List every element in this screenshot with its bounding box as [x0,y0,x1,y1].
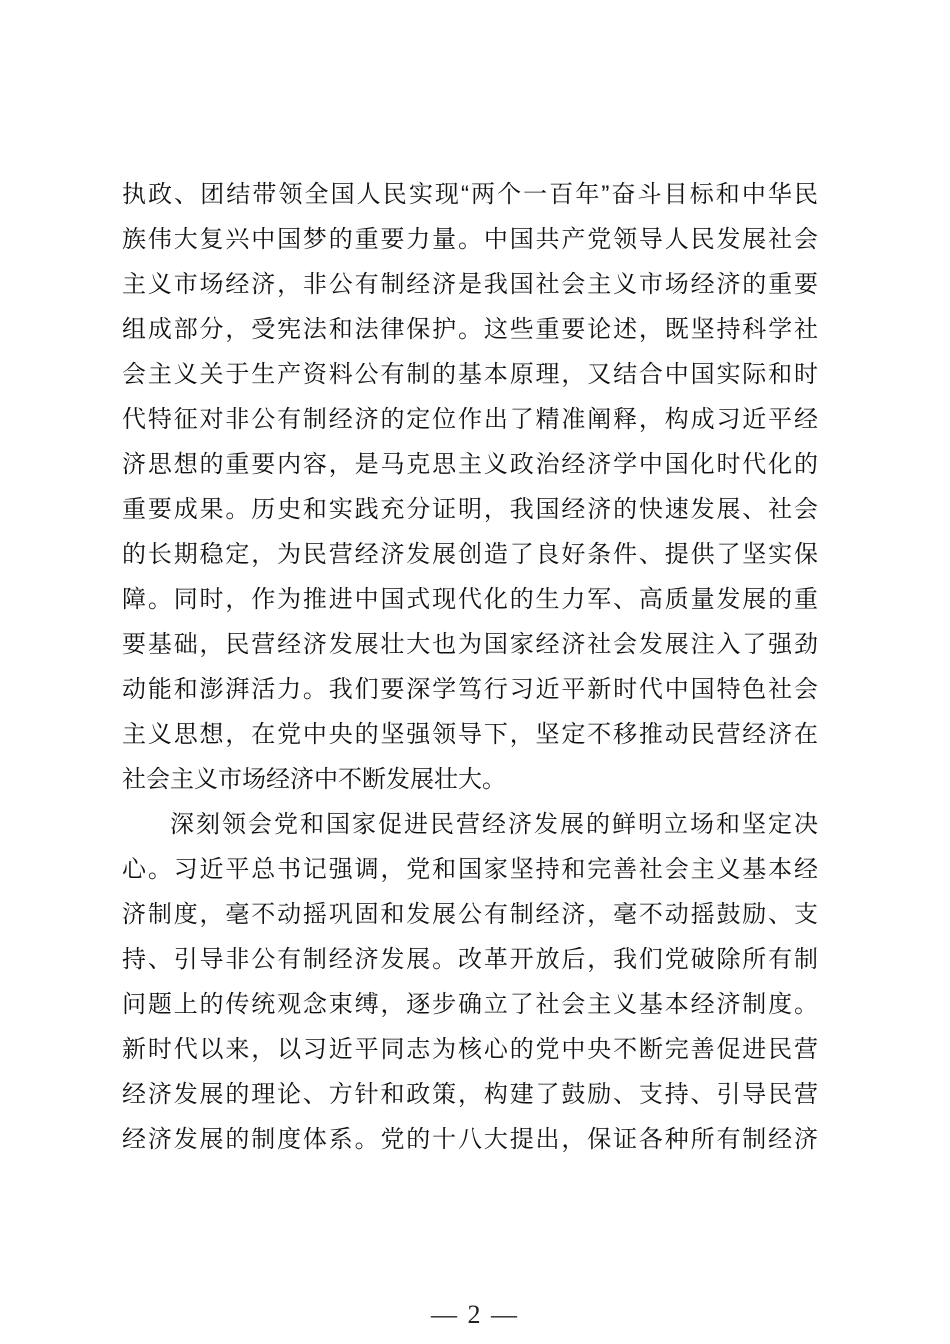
page-number: — 2 — [0,1300,950,1330]
text-line: 会主义关于生产资料公有制的基本原理，又结合中国实际和时 [122,352,818,397]
text-line: 新时代以来，以习近平同志为核心的党中央不断完善促进民营 [122,1027,818,1072]
text-line: 经济发展的理论、方针和政策，构建了鼓励、支持、引导民营 [122,1072,818,1117]
text-line: 问题上的传统观念束缚，逐步确立了社会主义基本经济制度。 [122,982,818,1027]
text-line: 组成部分，受宪法和法律保护。这些重要论述，既坚持科学社 [122,307,818,352]
text-line: 主义市场经济，非公有制经济是我国社会主义市场经济的重要 [122,262,818,307]
text-line: 代特征对非公有制经济的定位作出了精准阐释，构成习近平经 [122,397,818,442]
text-line: 济思想的重要内容，是马克思主义政治经济学中国化时代化的 [122,442,818,487]
text-line: 主义思想，在党中央的坚强领导下，坚定不移推动民营经济在 [122,712,818,757]
text-line: 动能和澎湃活力。我们要深学笃行习近平新时代中国特色社会 [122,667,818,712]
text-line: 族伟大复兴中国梦的重要力量。中国共产党领导人民发展社会 [122,217,818,262]
document-page: 执政、团结带领全国人民实现“两个一百年”奋斗目标和中华民族伟大复兴中国梦的重要力… [0,0,950,1344]
paragraph: 执政、团结带领全国人民实现“两个一百年”奋斗目标和中华民族伟大复兴中国梦的重要力… [122,172,818,802]
paragraph: 深刻领会党和国家促进民营经济发展的鲜明立场和坚定决心。习近平总书记强调，党和国家… [122,802,818,1162]
text-line: 的长期稳定，为民营经济发展创造了良好条件、提供了坚实保 [122,532,818,577]
text-line: 深刻领会党和国家促进民营经济发展的鲜明立场和坚定决 [122,802,818,847]
text-line: 社会主义市场经济中不断发展壮大。 [122,757,818,802]
text-line: 执政、团结带领全国人民实现“两个一百年”奋斗目标和中华民 [122,172,818,217]
text-line: 持、引导非公有制经济发展。改革开放后，我们党破除所有制 [122,937,818,982]
text-block: 执政、团结带领全国人民实现“两个一百年”奋斗目标和中华民族伟大复兴中国梦的重要力… [122,172,818,1162]
text-line: 经济发展的制度体系。党的十八大提出，保证各种所有制经济 [122,1117,818,1162]
text-line: 障。同时，作为推进中国式现代化的生力军、高质量发展的重 [122,577,818,622]
text-line: 济制度，毫不动摇巩固和发展公有制经济，毫不动摇鼓励、支 [122,892,818,937]
text-line: 重要成果。历史和实践充分证明，我国经济的快速发展、社会 [122,487,818,532]
text-line: 心。习近平总书记强调，党和国家坚持和完善社会主义基本经 [122,847,818,892]
text-line: 要基础，民营经济发展壮大也为国家经济社会发展注入了强劲 [122,622,818,667]
